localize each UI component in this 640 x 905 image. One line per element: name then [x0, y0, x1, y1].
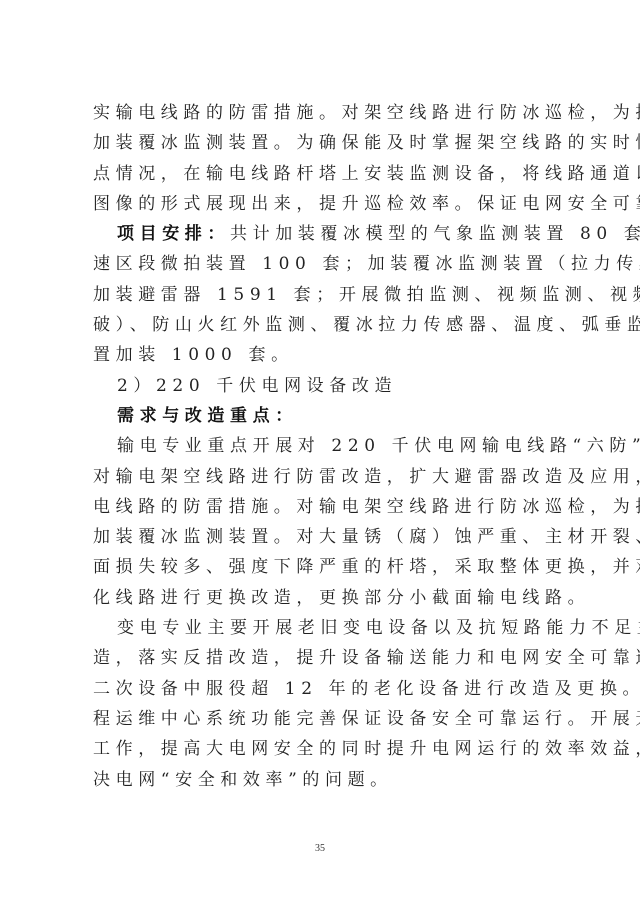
text-line: 二次设备中服役超 12 年的老化设备进行改造及更换。开展二次远 — [93, 674, 563, 704]
text-line: 造，落实反措改造，提升设备输送能力和电网安全可靠运行。对 — [93, 643, 563, 673]
project-arrangement-line: 项目安排：共计加装覆冰模型的气象监测装置 80 套;加装高 — [93, 219, 563, 249]
text-line: 加装覆冰监测装置。对大量锈（腐）蚀严重、主材开裂、有效截 — [93, 522, 563, 552]
project-arrangement-label: 项目安排： — [117, 224, 230, 244]
text-line: 破）、防山火红外监测、覆冰拉力传感器、温度、弧垂监测等装 — [93, 310, 563, 340]
text-line: 加装避雷器 1591 套；开展微拍监测、视频监测、视频监测（防外 — [93, 280, 563, 310]
text-line: 程运维中心系统功能完善保证设备安全可靠运行。开展无功优化 — [93, 704, 563, 734]
project-arrangement-text: 共计加装覆冰模型的气象监测装置 80 套;加装高 — [230, 224, 640, 244]
text-line: 对输电架空线路进行防雷改造，扩大避雷器改造及应用，落实输 — [93, 462, 563, 492]
text-line: 实输电线路的防雷措施。对架空线路进行防冰巡检，为提高效率， — [93, 98, 563, 128]
body-text: 实输电线路的防雷措施。对架空线路进行防冰巡检，为提高效率， 加装覆冰监测装置。为… — [93, 98, 563, 795]
text-line: 工作，提高大电网安全的同时提升电网运行的效率效益，统筹解 — [93, 734, 563, 764]
subheading-requirements: 需求与改造重点： — [93, 401, 563, 431]
text-line: 面损失较多、强度下降严重的杆塔，采取整体更换，并对大量老 — [93, 552, 563, 582]
text-line: 变电专业主要开展老旧变电设备以及抗短路能力不足主变改 — [93, 613, 563, 643]
text-line: 化线路进行更换改造，更换部分小截面输电线路。 — [93, 583, 563, 613]
page-number: 35 — [0, 843, 640, 854]
section-heading: 2）220 千伏电网设备改造 — [93, 371, 563, 401]
text-line: 点情况，在输电线路杆塔上安装监测设备，将线路通道以视频、 — [93, 159, 563, 189]
text-line: 置加装 1000 套。 — [93, 340, 563, 370]
text-line: 决电网“安全和效率”的问题。 — [93, 765, 563, 795]
text-line: 加装覆冰监测装置。为确保能及时掌握架空线路的实时情况隐患 — [93, 128, 563, 158]
text-line: 速区段微拍装置 100 套；加装覆冰监测装置（拉力传感器）40 套； — [93, 249, 563, 279]
text-line: 图像的形式展现出来，提升巡检效率。保证电网安全可靠运行。 — [93, 189, 563, 219]
text-line: 电线路的防雷措施。对输电架空线路进行防冰巡检，为提高效率， — [93, 492, 563, 522]
document-page: 实输电线路的防雷措施。对架空线路进行防冰巡检，为提高效率， 加装覆冰监测装置。为… — [0, 0, 640, 905]
text-line: 输电专业重点开展对 220 千伏电网输电线路“六防”治理， — [93, 431, 563, 461]
